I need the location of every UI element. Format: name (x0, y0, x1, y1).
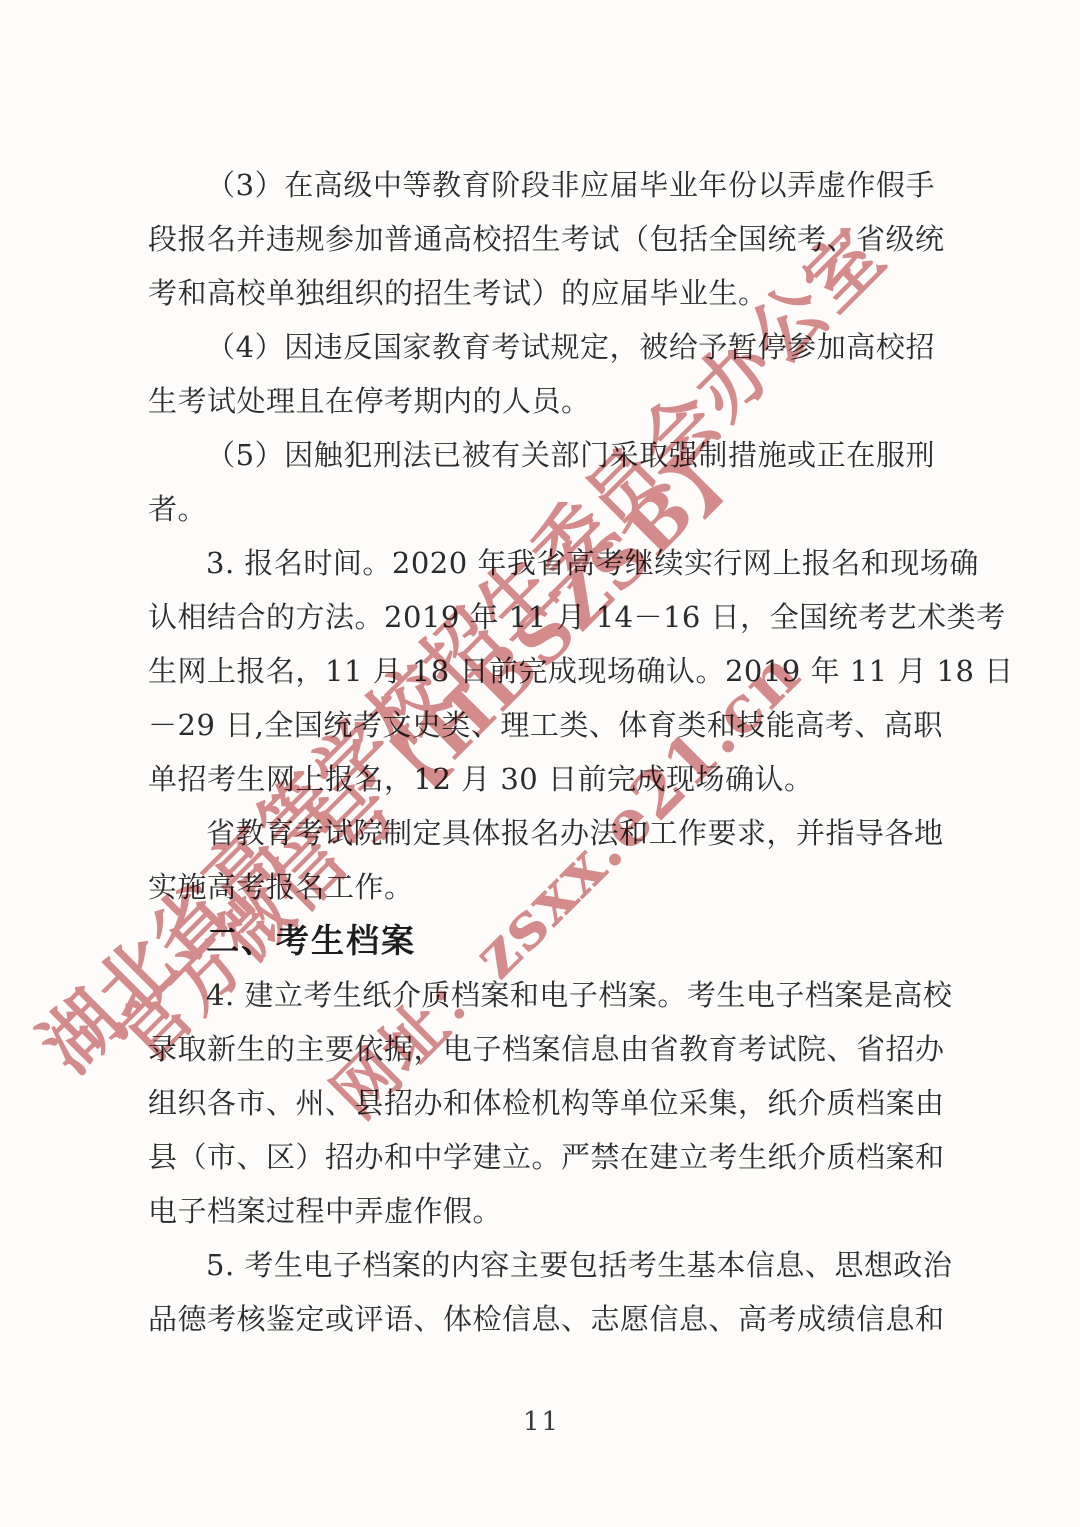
text-line: （3）在高级中等教育阶段非应届毕业年份以弄虚作假手 (148, 158, 935, 212)
text-line: 品德考核鉴定或评语、体检信息、志愿信息、高考成绩信息和 (148, 1292, 935, 1346)
text-line: 组织各市、州、县招办和体检机构等单位采集，纸介质档案由 (148, 1076, 935, 1130)
text-line: 4. 建立考生纸介质档案和电子档案。考生电子档案是高校 (148, 968, 935, 1022)
text-line: 录取新生的主要依据，电子档案信息由省教育考试院、省招办 (148, 1022, 935, 1076)
text-line: 实施高考报名工作。 (148, 860, 935, 914)
text-line: 3. 报名时间。2020 年我省高考继续实行网上报名和现场确 (148, 536, 935, 590)
text-line: 认相结合的方法。2019 年 11 月 14－16 日，全国统考艺术类考 (148, 590, 935, 644)
text-line: 生考试处理且在停考期内的人员。 (148, 374, 935, 428)
text-line: （4）因违反国家教育考试规定，被给予暂停参加高校招 (148, 320, 935, 374)
text-line: 单招考生网上报名，12 月 30 日前完成现场确认。 (148, 752, 935, 806)
text-line: 考和高校单独组织的招生考试）的应届毕业生。 (148, 266, 935, 320)
text-line: 电子档案过程中弄虚作假。 (148, 1184, 935, 1238)
text-line: 省教育考试院制定具体报名办法和工作要求，并指导各地 (148, 806, 935, 860)
text-line: 县（市、区）招办和中学建立。严禁在建立考生纸介质档案和 (148, 1130, 935, 1184)
text-line: 段报名并违规参加普通高校招生考试（包括全国统考、省级统 (148, 212, 935, 266)
text-line: －29 日,全国统考文史类、理工类、体育类和技能高考、高职 (148, 698, 935, 752)
page-number: 11 (148, 1402, 935, 1442)
document-body: （3）在高级中等教育阶段非应届毕业年份以弄虚作假手 段报名并违规参加普通高校招生… (148, 158, 935, 1442)
text-line: （5）因触犯刑法已被有关部门采取强制措施或正在服刑 (148, 428, 935, 482)
document-page: （3）在高级中等教育阶段非应届毕业年份以弄虚作假手 段报名并违规参加普通高校招生… (0, 0, 1080, 1527)
section-heading: 二、考生档案 (148, 914, 935, 968)
text-line: 者。 (148, 482, 935, 536)
text-line: 生网上报名，11 月 18 日前完成现场确认。2019 年 11 月 18 日 (148, 644, 935, 698)
text-line: 5. 考生电子档案的内容主要包括考生基本信息、思想政治 (148, 1238, 935, 1292)
